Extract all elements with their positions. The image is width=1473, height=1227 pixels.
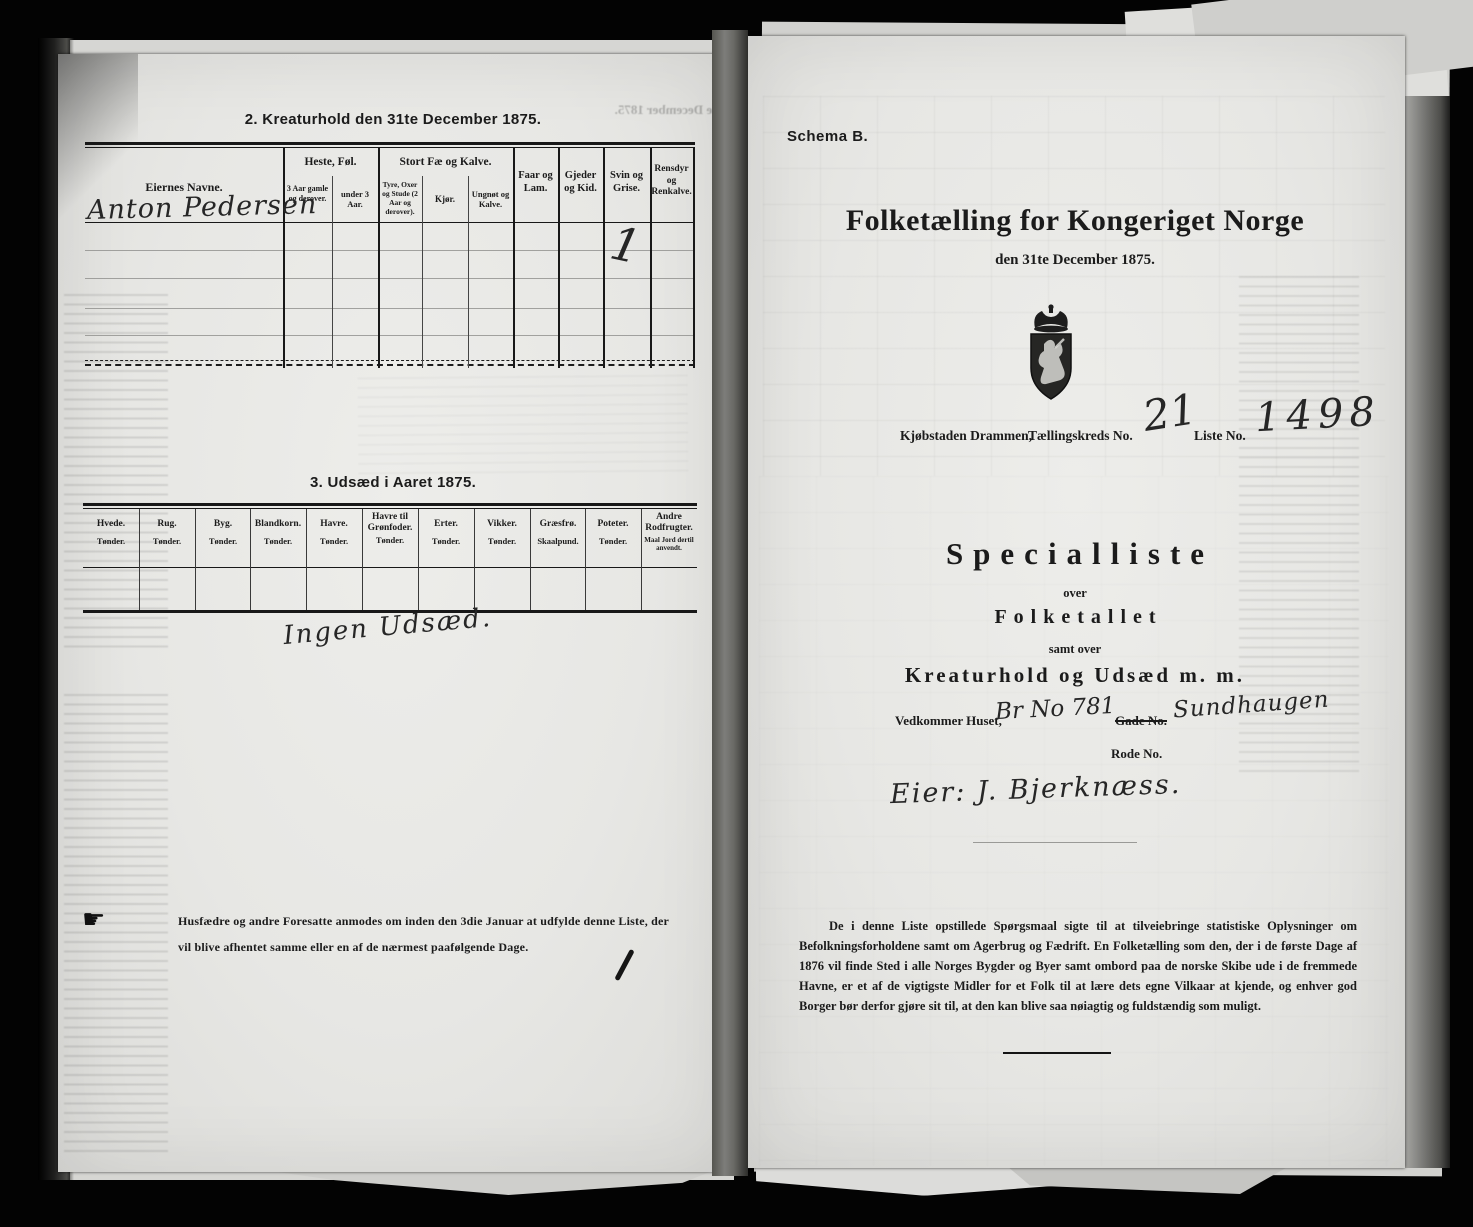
hand-pointer-icon: ☛ <box>82 904 105 935</box>
samt-over-label: samt over <box>815 642 1335 657</box>
district-label: Tællingskreds No. <box>1028 428 1133 444</box>
table-rule <box>85 142 695 145</box>
table-column-rule <box>693 148 695 368</box>
over-label: over <box>815 586 1335 601</box>
special-list-title: Specialliste <box>815 536 1335 572</box>
table2-subcol-header: Tyre, Oxer og Stude (2 Aar og derover). <box>379 180 421 217</box>
table2-kreaturhold: Eiernes Navne. Heste, Føl. Stort Fæ og K… <box>85 142 695 368</box>
footer-notice: Husfædre og andre Foresatte anmodes om i… <box>178 908 678 960</box>
schema-label: Schema B. <box>787 128 868 145</box>
page-date-line: den 31te December 1875. <box>805 252 1345 269</box>
page-corner <box>250 1168 720 1195</box>
house-label: Vedkommer Huset, <box>895 713 1002 729</box>
table3-column-header: Havre. Tønder. <box>306 503 362 567</box>
place-label: Kjøbstaden Drammen, <box>900 428 1032 444</box>
table2-subcol-header: Kjør. <box>423 194 467 205</box>
bleed-through-column <box>64 694 168 1154</box>
table3-column-header: Havre til Grønfoder. Tønder. <box>362 503 418 567</box>
table3-title: 3. Udsæd i Aaret 1875. <box>208 474 578 491</box>
handwritten-swine-count: 1 <box>606 216 646 275</box>
table2-group-stort: Stort Fæ og Kalve. <box>378 155 513 169</box>
table-rule <box>83 567 697 568</box>
table2-subcol-header: under 3 Aar. <box>333 189 377 210</box>
rode-label: Rode No. <box>1111 746 1162 762</box>
table3-column-header: Poteter. Tønder. <box>585 503 641 567</box>
table3-column-header: Blandkorn. Tønder. <box>250 503 306 567</box>
table2-col-faar: Faar og Lam. <box>514 170 557 196</box>
street-label: Gade No. <box>1115 713 1167 729</box>
divider-rule <box>973 842 1137 843</box>
handwritten-list-number: 1498 <box>1254 389 1382 442</box>
book-gutter <box>712 30 748 1176</box>
list-label: Liste No. <box>1194 428 1246 444</box>
table2-subcol-header: Ungnøt og Kalve. <box>469 189 512 210</box>
table3-column-header: Vikker. Tønder. <box>474 503 530 567</box>
right-page: Schema B. Folketælling for Kongeriget No… <box>745 36 1405 1168</box>
table3-column-header: Byg. Tønder. <box>195 503 251 567</box>
page-title: Folketælling for Kongeriget Norge <box>805 204 1345 238</box>
table2-col-gjeder: Gjeder og Kid. <box>559 170 602 196</box>
handwritten-district-number: 21 <box>1139 384 1199 441</box>
table2-title: 2. Kreaturhold den 31te December 1875. <box>208 111 578 128</box>
table3-column-header: Græsfrø. Skaalpund. <box>530 503 586 567</box>
table2-group-heste: Heste, Føl. <box>283 155 378 169</box>
info-paragraph: De i denne Liste opstillede Spørgsmaal s… <box>799 916 1357 1016</box>
kreaturhold-udsaed-label: Kreaturhold og Udsæd m. m. <box>815 663 1335 688</box>
table3-column-header: Rug. Tønder. <box>139 503 195 567</box>
table3-udsaed: Hvede. Tønder. Rug. Tønder. Byg. Tønder.… <box>83 503 697 613</box>
table2-col-rensdyr: Rensdyr og Renkalve. <box>651 164 692 199</box>
table3-column-header: Hvede. Tønder. <box>83 503 139 567</box>
left-page: den 31te December 1875. 2. Kreaturhold d… <box>58 54 730 1172</box>
handwritten-owner-name: Anton Pedersen <box>87 189 318 226</box>
table-column-rule <box>283 148 285 368</box>
coat-of-arms-icon <box>1022 304 1080 406</box>
population-label: Folketallet <box>815 606 1335 629</box>
right-page-stack-edge <box>1404 96 1450 1168</box>
table3-column-header: Erter. Tønder. <box>418 503 474 567</box>
table2-col-svin: Svin og Grise. <box>604 170 649 196</box>
divider-rule <box>1003 1052 1111 1054</box>
bleed-through-handwriting <box>358 375 689 478</box>
table3-column-header: Andre Rodfrugter. Maal Jord dertil anven… <box>641 503 697 567</box>
